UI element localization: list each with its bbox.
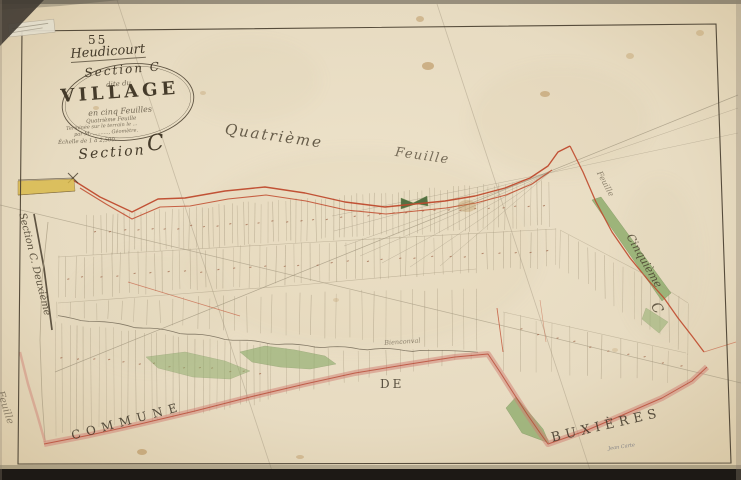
cadastral-map-sheet: 55 Heudicourt Section C dite du VILLAGE … — [0, 0, 741, 480]
map-canvas — [0, 0, 741, 480]
